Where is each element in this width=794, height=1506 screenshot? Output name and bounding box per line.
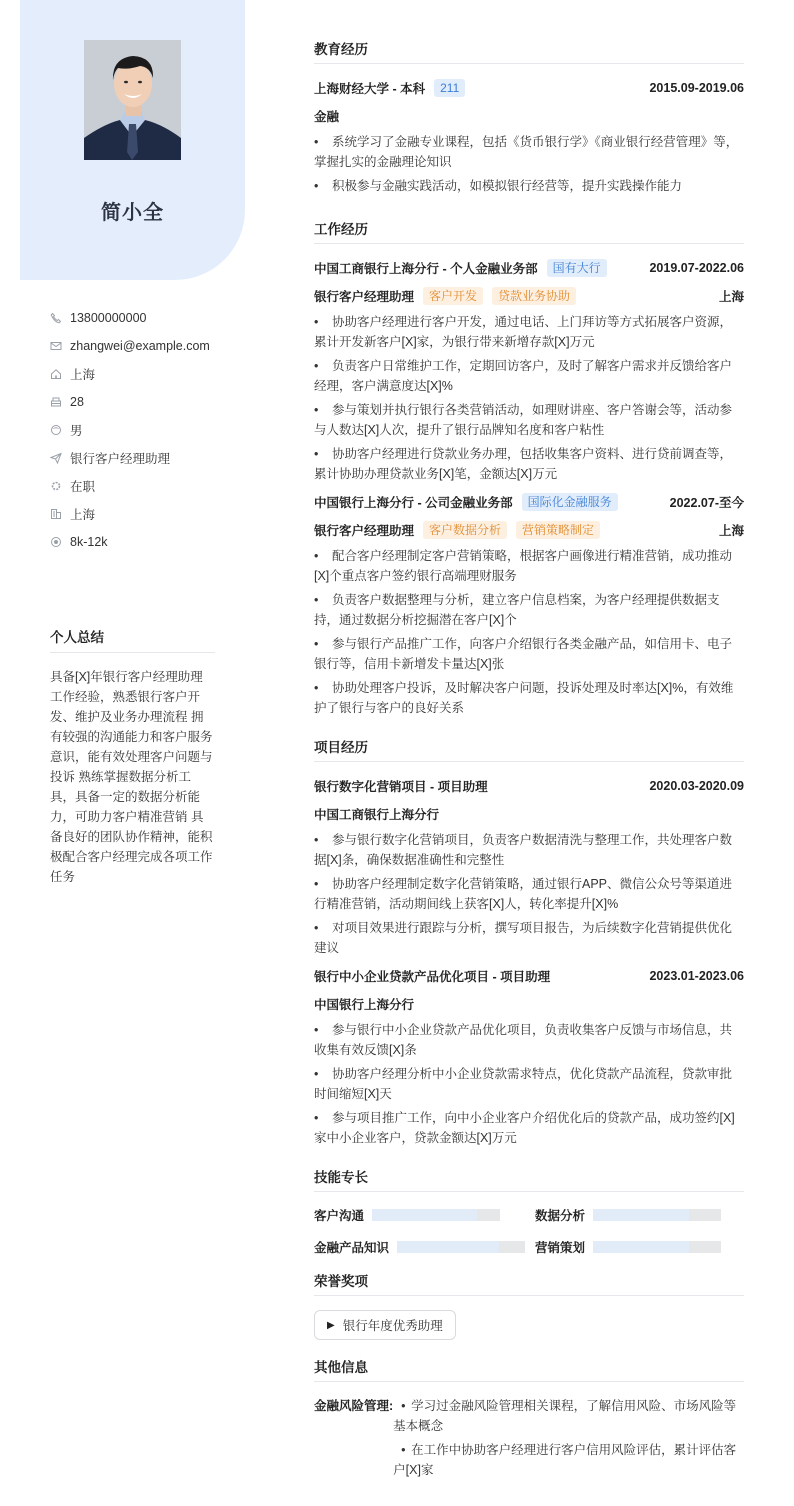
major: 金融 (314, 107, 339, 125)
send-icon (50, 452, 62, 464)
school-name: 上海财经大学 - 本科 (314, 79, 425, 97)
bullet-item: •协助客户经理进行贷款业务办理，包括收集客户资料、进行贷前调查等，累计协助办理贷… (314, 444, 744, 484)
summary-title: 个人总结 (50, 626, 215, 653)
education-bullets: •系统学习了金融专业课程，包括《货币银行学》《商业银行经营管理》等，掌握扎实的金… (314, 132, 744, 196)
section-title-other: 其他信息 (314, 1356, 744, 1382)
contact-age: 28 (50, 388, 250, 416)
projects-section: 项目经历 银行数字化营销项目 - 项目助理 2020.03-2020.09 中国… (314, 736, 744, 1148)
other-item: 金融风险管理: •学习过金融风险管理相关课程，了解信用风险、市场风险等基本概念 … (314, 1396, 744, 1484)
age-icon (50, 396, 62, 408)
skill-bar (372, 1209, 500, 1221)
bullet-item: •参与项目推广工作，向中小企业客户介绍优化后的贷款产品，成功签约[X]家中小企业… (314, 1108, 744, 1148)
skills-section: 技能专长 客户沟通 数据分析 金融产品知识 营销策划 (314, 1166, 744, 1256)
contact-phone: 13800000000 (50, 304, 250, 332)
project-org: 中国银行上海分行 (314, 995, 414, 1013)
skill-bar (593, 1209, 721, 1221)
bullet-item: •参与策划并执行银行各类营销活动，如理财讲座、客户答谢会等，活动参与人数达[X]… (314, 400, 744, 440)
home-icon (50, 368, 62, 380)
candidate-name: 简小全 (20, 196, 245, 225)
section-title-skills: 技能专长 (314, 1166, 744, 1192)
work-location: 上海 (719, 287, 744, 305)
contact-email: zhangwei@example.com (50, 332, 250, 360)
bullet-item: •协助客户经理分析中小企业贷款需求特点，优化贷款产品流程，贷款审批时间缩短[X]… (314, 1064, 744, 1104)
skill-tag: 贷款业务协助 (492, 287, 576, 305)
section-title-awards: 荣誉奖项 (314, 1270, 744, 1296)
other-bullets: •学习过金融风险管理相关课程，了解信用风险、市场风险等基本概念 •在工作中协助客… (393, 1396, 744, 1484)
bullet-item: •配合客户经理制定客户营销策略，根据客户画像进行精准营销，成功推动[X]个重点客… (314, 546, 744, 586)
project-org: 中国工商银行上海分行 (314, 805, 439, 823)
skill-bar (397, 1241, 525, 1253)
bullet-item: •参与银行数字化营销项目，负责客户数据清洗与整理工作，共处理客户数据[X]条，确… (314, 830, 744, 870)
awards-section: 荣誉奖项 ▶ 银行年度优秀助理 (314, 1270, 744, 1356)
summary-section: 个人总结 具备[X]年银行客户经理助理工作经验，熟悉银行客户开发、维护及业务办理… (50, 626, 215, 887)
phone-icon (50, 312, 62, 324)
work-entry: 中国工商银行上海分行 - 个人金融业务部 国有大行 2019.07-2022.0… (314, 258, 744, 484)
main-content: 教育经历 上海财经大学 - 本科 211 2015.09-2019.06 金融 … (314, 38, 744, 1484)
work-section: 工作经历 中国工商银行上海分行 - 个人金融业务部 国有大行 2019.07-2… (314, 218, 744, 718)
work-date: 2019.07-2022.06 (649, 261, 744, 275)
project-bullets: •参与银行数字化营销项目，负责客户数据清洗与整理工作，共处理客户数据[X]条，确… (314, 830, 744, 958)
work-bullets: •协助客户经理进行客户开发，通过电话、上门拜访等方式拓展客户资源，累计开发新客户… (314, 312, 744, 484)
award-item[interactable]: ▶ 银行年度优秀助理 (314, 1310, 456, 1340)
work-date: 2022.07-至今 (670, 493, 744, 511)
skill-item: 客户沟通 (314, 1206, 535, 1224)
bullet-item: •协助客户经理制定数字化营销策略，通过银行APP、微信公众号等渠道进行精准营销，… (314, 874, 744, 914)
company-name: 中国工商银行上海分行 - 个人金融业务部 (314, 259, 538, 277)
skill-tag: 客户开发 (423, 287, 483, 305)
avatar (84, 40, 181, 160)
avatar-photo (84, 40, 181, 160)
other-label: 金融风险管理: (314, 1396, 393, 1484)
company-tag: 国际化金融服务 (522, 493, 618, 511)
section-title-education: 教育经历 (314, 38, 744, 64)
job-role: 银行客户经理助理 (314, 287, 414, 305)
bullet-item: •对项目效果进行跟踪与分析，撰写项目报告，为后续数字化营销提供优化建议 (314, 918, 744, 958)
education-entry: 上海财经大学 - 本科 211 2015.09-2019.06 金融 •系统学习… (314, 78, 744, 196)
bullet-item: •协助客户经理进行客户开发，通过电话、上门拜访等方式拓展客户资源，累计开发新客户… (314, 312, 744, 352)
mail-icon (50, 340, 62, 352)
project-date: 2023.01-2023.06 (649, 969, 744, 983)
work-location: 上海 (719, 521, 744, 539)
work-bullets: •配合客户经理制定客户营销策略，根据客户画像进行精准营销，成功推动[X]个重点客… (314, 546, 744, 718)
contact-job-target: 银行客户经理助理 (50, 444, 250, 472)
section-title-work: 工作经历 (314, 218, 744, 244)
resume-page: 简小全 13800000000 zhangwei@example.com 上海 (0, 0, 794, 1506)
summary-text: 具备[X]年银行客户经理助理工作经验，熟悉银行客户开发、维护及业务办理流程 拥有… (50, 667, 215, 887)
bullet-item: •协助处理客户投诉，及时解决客户问题，投诉处理及时率达[X]%，有效维护了银行与… (314, 678, 744, 718)
bullet-item: •在工作中协助客户经理进行客户信用风险评估，累计评估客户[X]家 (393, 1440, 744, 1480)
status-icon (50, 480, 62, 492)
job-role: 银行客户经理助理 (314, 521, 414, 539)
project-bullets: •参与银行中小企业贷款产品优化项目，负责收集客户反馈与市场信息，共收集有效反馈[… (314, 1020, 744, 1148)
project-entry: 银行中小企业贷款产品优化项目 - 项目助理 2023.01-2023.06 中国… (314, 966, 744, 1148)
gender-icon (50, 424, 62, 436)
bullet-item: •参与银行产品推广工作，向客户介绍银行各类金融产品，如信用卡、电子银行等，信用卡… (314, 634, 744, 674)
building-icon (50, 508, 62, 520)
contact-salary: 8k-12k (50, 528, 250, 556)
skill-item: 数据分析 (535, 1206, 744, 1224)
skill-bar (593, 1241, 721, 1253)
project-name: 银行数字化营销项目 - 项目助理 (314, 777, 488, 795)
education-section: 教育经历 上海财经大学 - 本科 211 2015.09-2019.06 金融 … (314, 38, 744, 196)
skill-item: 金融产品知识 (314, 1238, 535, 1256)
project-entry: 银行数字化营销项目 - 项目助理 2020.03-2020.09 中国工商银行上… (314, 776, 744, 958)
contact-hometown: 上海 (50, 360, 250, 388)
skill-tag: 营销策略制定 (516, 521, 600, 539)
section-title-projects: 项目经历 (314, 736, 744, 762)
project-name: 银行中小企业贷款产品优化项目 - 项目助理 (314, 967, 550, 985)
company-name: 中国银行上海分行 - 公司金融业务部 (314, 493, 513, 511)
contact-gender: 男 (50, 416, 250, 444)
school-tag: 211 (434, 79, 465, 97)
bullet-item: •负责客户数据整理与分析，建立客户信息档案，为客户经理提供数据支持，通过数据分析… (314, 590, 744, 630)
company-tag: 国有大行 (547, 259, 607, 277)
bullet-item: •负责客户日常维护工作，定期回访客户，及时了解客户需求并反馈给客户经理，客户满意… (314, 356, 744, 396)
bullet-item: •学习过金融风险管理相关课程，了解信用风险、市场风险等基本概念 (393, 1396, 744, 1436)
education-date: 2015.09-2019.06 (649, 81, 744, 95)
bullet-item: •系统学习了金融专业课程，包括《货币银行学》《商业银行经营管理》等，掌握扎实的金… (314, 132, 744, 172)
contact-list: 13800000000 zhangwei@example.com 上海 28 (50, 304, 250, 556)
skill-item: 营销策划 (535, 1238, 744, 1256)
bullet-item: •参与银行中小企业贷款产品优化项目，负责收集客户反馈与市场信息，共收集有效反馈[… (314, 1020, 744, 1060)
work-entry: 中国银行上海分行 - 公司金融业务部 国际化金融服务 2022.07-至今 银行… (314, 492, 744, 718)
contact-status: 在职 (50, 472, 250, 500)
contact-city: 上海 (50, 500, 250, 528)
salary-icon (50, 536, 62, 548)
play-icon: ▶ (327, 1320, 335, 1331)
project-date: 2020.03-2020.09 (649, 779, 744, 793)
other-section: 其他信息 金融风险管理: •学习过金融风险管理相关课程，了解信用风险、市场风险等… (314, 1356, 744, 1484)
skill-tag: 客户数据分析 (423, 521, 507, 539)
bullet-item: •积极参与金融实践活动，如模拟银行经营等，提升实践操作能力 (314, 176, 744, 196)
skills-grid: 客户沟通 数据分析 金融产品知识 营销策划 (314, 1206, 744, 1256)
